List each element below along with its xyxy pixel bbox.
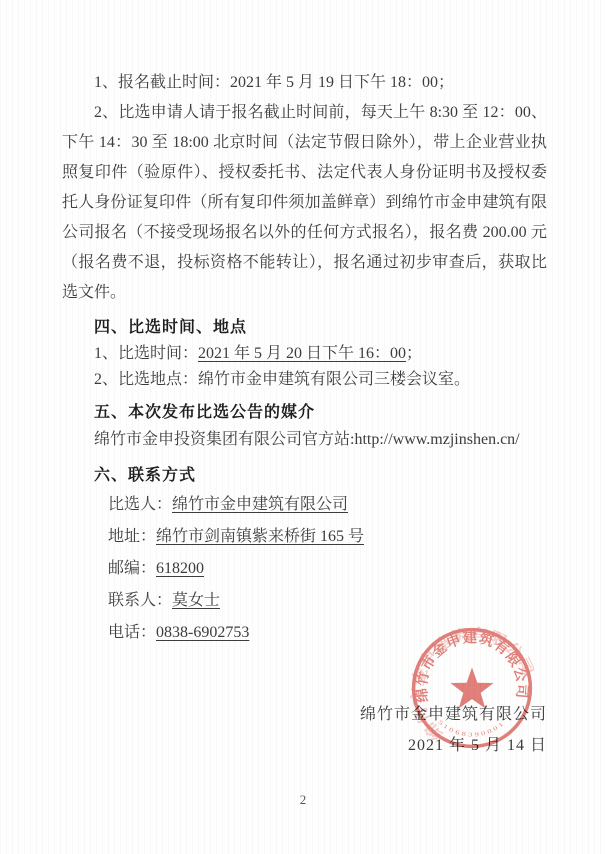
contact-value: 莫女士 (172, 592, 220, 609)
section-heading-media: 五、本次发布比选公告的媒介 (62, 399, 547, 426)
signature-block: 绵竹市金申建筑有限公司 2021 年 5 月 14 日 (62, 699, 547, 761)
selection-time-suffix: ； (406, 345, 422, 362)
signature-date: 2021 年 5 月 14 日 (62, 730, 547, 761)
contact-label: 比选人： (108, 496, 172, 513)
signature-company: 绵竹市金申建筑有限公司 (62, 699, 547, 730)
item-selection-time: 1、比选时间：2021 年 5 月 20 日下午 16：00； (62, 341, 547, 367)
paragraph-registration-instructions: 2、比选申请人请于报名截止时间前，每天上午 8:30 至 12：00、下午 14… (62, 98, 547, 308)
section-heading-time-place: 四、比选时间、地点 (62, 314, 547, 341)
selection-time-value: 2021 年 5 月 20 日下午 16：00 (198, 345, 406, 362)
paragraph-deadline: 1、报名截止时间：2021 年 5 月 19 日下午 18：00； (62, 68, 547, 98)
contact-row-person: 联系人：莫女士 (108, 585, 547, 617)
contact-row-postcode: 邮编：618200 (108, 553, 547, 585)
contact-value: 0838-6902753 (156, 624, 249, 641)
page-number: 2 (0, 792, 606, 808)
contact-row-selector: 比选人：绵竹市金申建筑有限公司 (108, 489, 547, 521)
contact-list: 比选人：绵竹市金申建筑有限公司 地址：绵竹市剑南镇紫来桥街 165 号 邮编：6… (62, 489, 547, 649)
contact-row-address: 地址：绵竹市剑南镇紫来桥街 165 号 (108, 521, 547, 553)
contact-label: 邮编： (108, 560, 156, 577)
section-heading-contact: 六、联系方式 (62, 462, 547, 489)
contact-label: 地址： (108, 528, 156, 545)
media-website-line: 绵竹市金申投资集团有限公司官方站:http://www.mzjinshen.cn… (62, 426, 547, 454)
contact-row-phone: 电话：0838-6902753 (108, 617, 547, 649)
contact-label: 联系人： (108, 592, 172, 609)
document-body: 1、报名截止时间：2021 年 5 月 19 日下午 18：00； 2、比选申请… (0, 0, 606, 761)
item-selection-place: 2、比选地点：绵竹市金申建筑有限公司三楼会议室。 (62, 367, 547, 393)
contact-value: 绵竹市剑南镇紫来桥街 165 号 (156, 528, 364, 545)
selection-time-label: 1、比选时间： (94, 345, 198, 362)
contact-value: 618200 (156, 560, 204, 577)
contact-label: 电话： (108, 624, 156, 641)
contact-value: 绵竹市金申建筑有限公司 (172, 496, 348, 513)
document-page: 1、报名截止时间：2021 年 5 月 19 日下午 18：00； 2、比选申请… (0, 0, 606, 854)
